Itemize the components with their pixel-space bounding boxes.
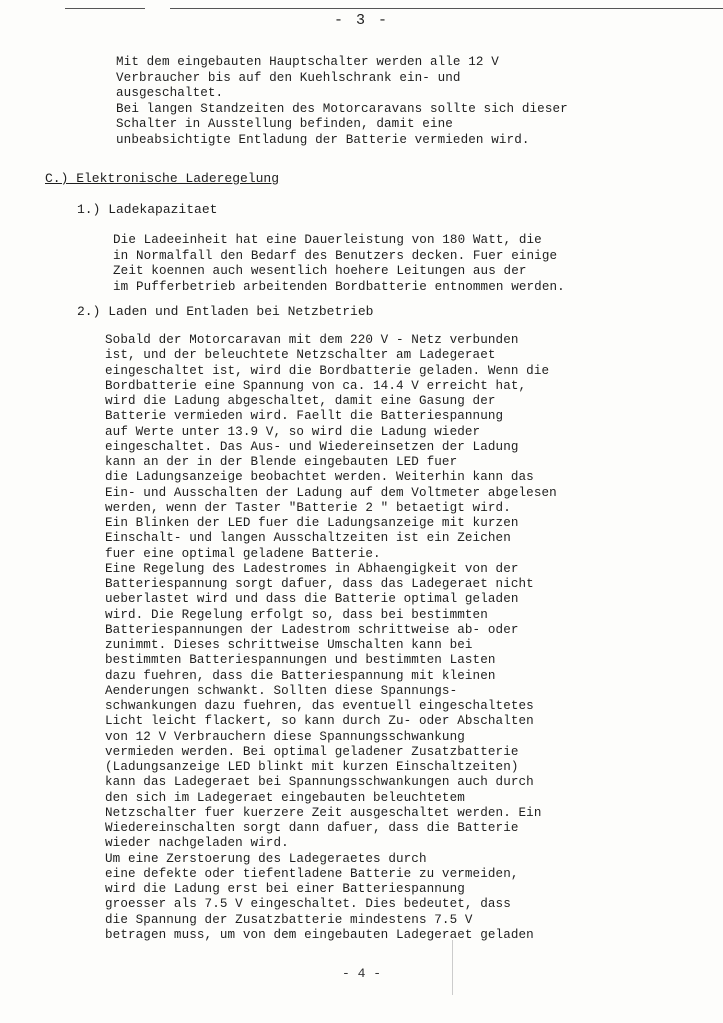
- text-line: dazu fuehren, dass die Batteriespannung …: [105, 669, 557, 684]
- text-line: Um eine Zerstoerung des Ladegeraetes dur…: [105, 852, 557, 867]
- text-line: eine defekte oder tiefentladene Batterie…: [105, 867, 557, 882]
- text-line: Sobald der Motorcaravan mit dem 220 V - …: [105, 333, 557, 348]
- text-line: Die Ladeeinheit hat eine Dauerleistung v…: [113, 233, 565, 249]
- subsection-2-paragraph: Sobald der Motorcaravan mit dem 220 V - …: [105, 333, 557, 943]
- text-line: vermieden werden. Bei optimal geladener …: [105, 745, 557, 760]
- text-line: wieder nachgeladen wird.: [105, 836, 557, 851]
- scan-artifact-line: [65, 8, 145, 9]
- subsection-2-heading: 2.) Laden und Entladen bei Netzbetrieb: [77, 304, 373, 319]
- text-line: Batteriespannung sorgt dafuer, dass das …: [105, 577, 557, 592]
- text-line: Netzschalter fuer kuerzere Zeit ausgesch…: [105, 806, 557, 821]
- text-line: ausgeschaltet.: [116, 86, 568, 102]
- text-line: Licht leicht flackert, so kann durch Zu-…: [105, 714, 557, 729]
- text-line: im Pufferbetrieb arbeitenden Bordbatteri…: [113, 280, 565, 296]
- text-line: Wiedereinschalten sorgt dann dafuer, das…: [105, 821, 557, 836]
- text-line: Aenderungen schwankt. Sollten diese Span…: [105, 684, 557, 699]
- text-line: kann das Ladegeraet bei Spannungsschwank…: [105, 775, 557, 790]
- text-line: ist, und der beleuchtete Netzschalter am…: [105, 348, 557, 363]
- text-line: schwankungen dazu fuehren, das eventuell…: [105, 699, 557, 714]
- scan-artifact-line: [170, 8, 723, 9]
- text-line: groesser als 7.5 V eingeschaltet. Dies b…: [105, 897, 557, 912]
- subsection-1-paragraph: Die Ladeeinheit hat eine Dauerleistung v…: [113, 233, 565, 295]
- text-line: ueberlastet wird und dass die Batterie o…: [105, 592, 557, 607]
- text-line: in Normalfall den Bedarf des Benutzers d…: [113, 249, 565, 265]
- text-line: eingeschaltet. Das Aus- und Wiedereinset…: [105, 440, 557, 455]
- text-line: Ein Blinken der LED fuer die Ladungsanze…: [105, 516, 557, 531]
- intro-paragraph: Mit dem eingebauten Hauptschalter werden…: [116, 55, 568, 148]
- text-line: wird. Die Regelung erfolgt so, dass bei …: [105, 608, 557, 623]
- text-line: von 12 V Verbrauchern diese Spannungssch…: [105, 730, 557, 745]
- text-line: auf Werte unter 13.9 V, so wird die Ladu…: [105, 425, 557, 440]
- text-line: Eine Regelung des Ladestromes in Abhaeng…: [105, 562, 557, 577]
- section-c-heading: C.) Elektronische Laderegelung: [45, 171, 279, 186]
- text-line: bestimmten Batteriespannungen und bestim…: [105, 653, 557, 668]
- text-line: kann an der in der Blende eingebauten LE…: [105, 455, 557, 470]
- text-line: fuer eine optimal geladene Batterie.: [105, 547, 557, 562]
- page-footer: - 4 -: [0, 966, 723, 981]
- text-line: den sich im Ladegeraet eingebauten beleu…: [105, 791, 557, 806]
- page-number: - 3 -: [0, 12, 723, 29]
- text-line: wird die Ladung abgeschaltet, damit eine…: [105, 394, 557, 409]
- text-line: Mit dem eingebauten Hauptschalter werden…: [116, 55, 568, 71]
- text-line: werden, wenn der Taster "Batterie 2 " be…: [105, 501, 557, 516]
- text-line: (Ladungsanzeige LED blinkt mit kurzen Ei…: [105, 760, 557, 775]
- text-line: die Spannung der Zusatzbatterie mindeste…: [105, 913, 557, 928]
- text-line: betragen muss, um von dem eingebauten La…: [105, 928, 557, 943]
- text-line: zunimmt. Dieses schrittweise Umschalten …: [105, 638, 557, 653]
- subsection-1-heading: 1.) Ladekapazitaet: [77, 202, 217, 217]
- text-line: Schalter in Ausstellung befinden, damit …: [116, 117, 568, 133]
- text-line: Bei langen Standzeiten des Motorcaravans…: [116, 102, 568, 118]
- text-line: Ein- und Ausschalten der Ladung auf dem …: [105, 486, 557, 501]
- text-line: eingeschaltet ist, wird die Bordbatterie…: [105, 364, 557, 379]
- text-line: Bordbatterie eine Spannung von ca. 14.4 …: [105, 379, 557, 394]
- text-line: Zeit koennen auch wesentlich hoehere Lei…: [113, 264, 565, 280]
- text-line: Verbraucher bis auf den Kuehlschrank ein…: [116, 71, 568, 87]
- text-line: die Ladungsanzeige beobachtet werden. We…: [105, 470, 557, 485]
- text-line: Einschalt- und langen Ausschaltzeiten is…: [105, 531, 557, 546]
- text-line: Batterie vermieden wird. Faellt die Batt…: [105, 409, 557, 424]
- text-line: unbeabsichtigte Entladung der Batterie v…: [116, 133, 568, 149]
- text-line: Batteriespannungen der Ladestrom schritt…: [105, 623, 557, 638]
- text-line: wird die Ladung erst bei einer Batteries…: [105, 882, 557, 897]
